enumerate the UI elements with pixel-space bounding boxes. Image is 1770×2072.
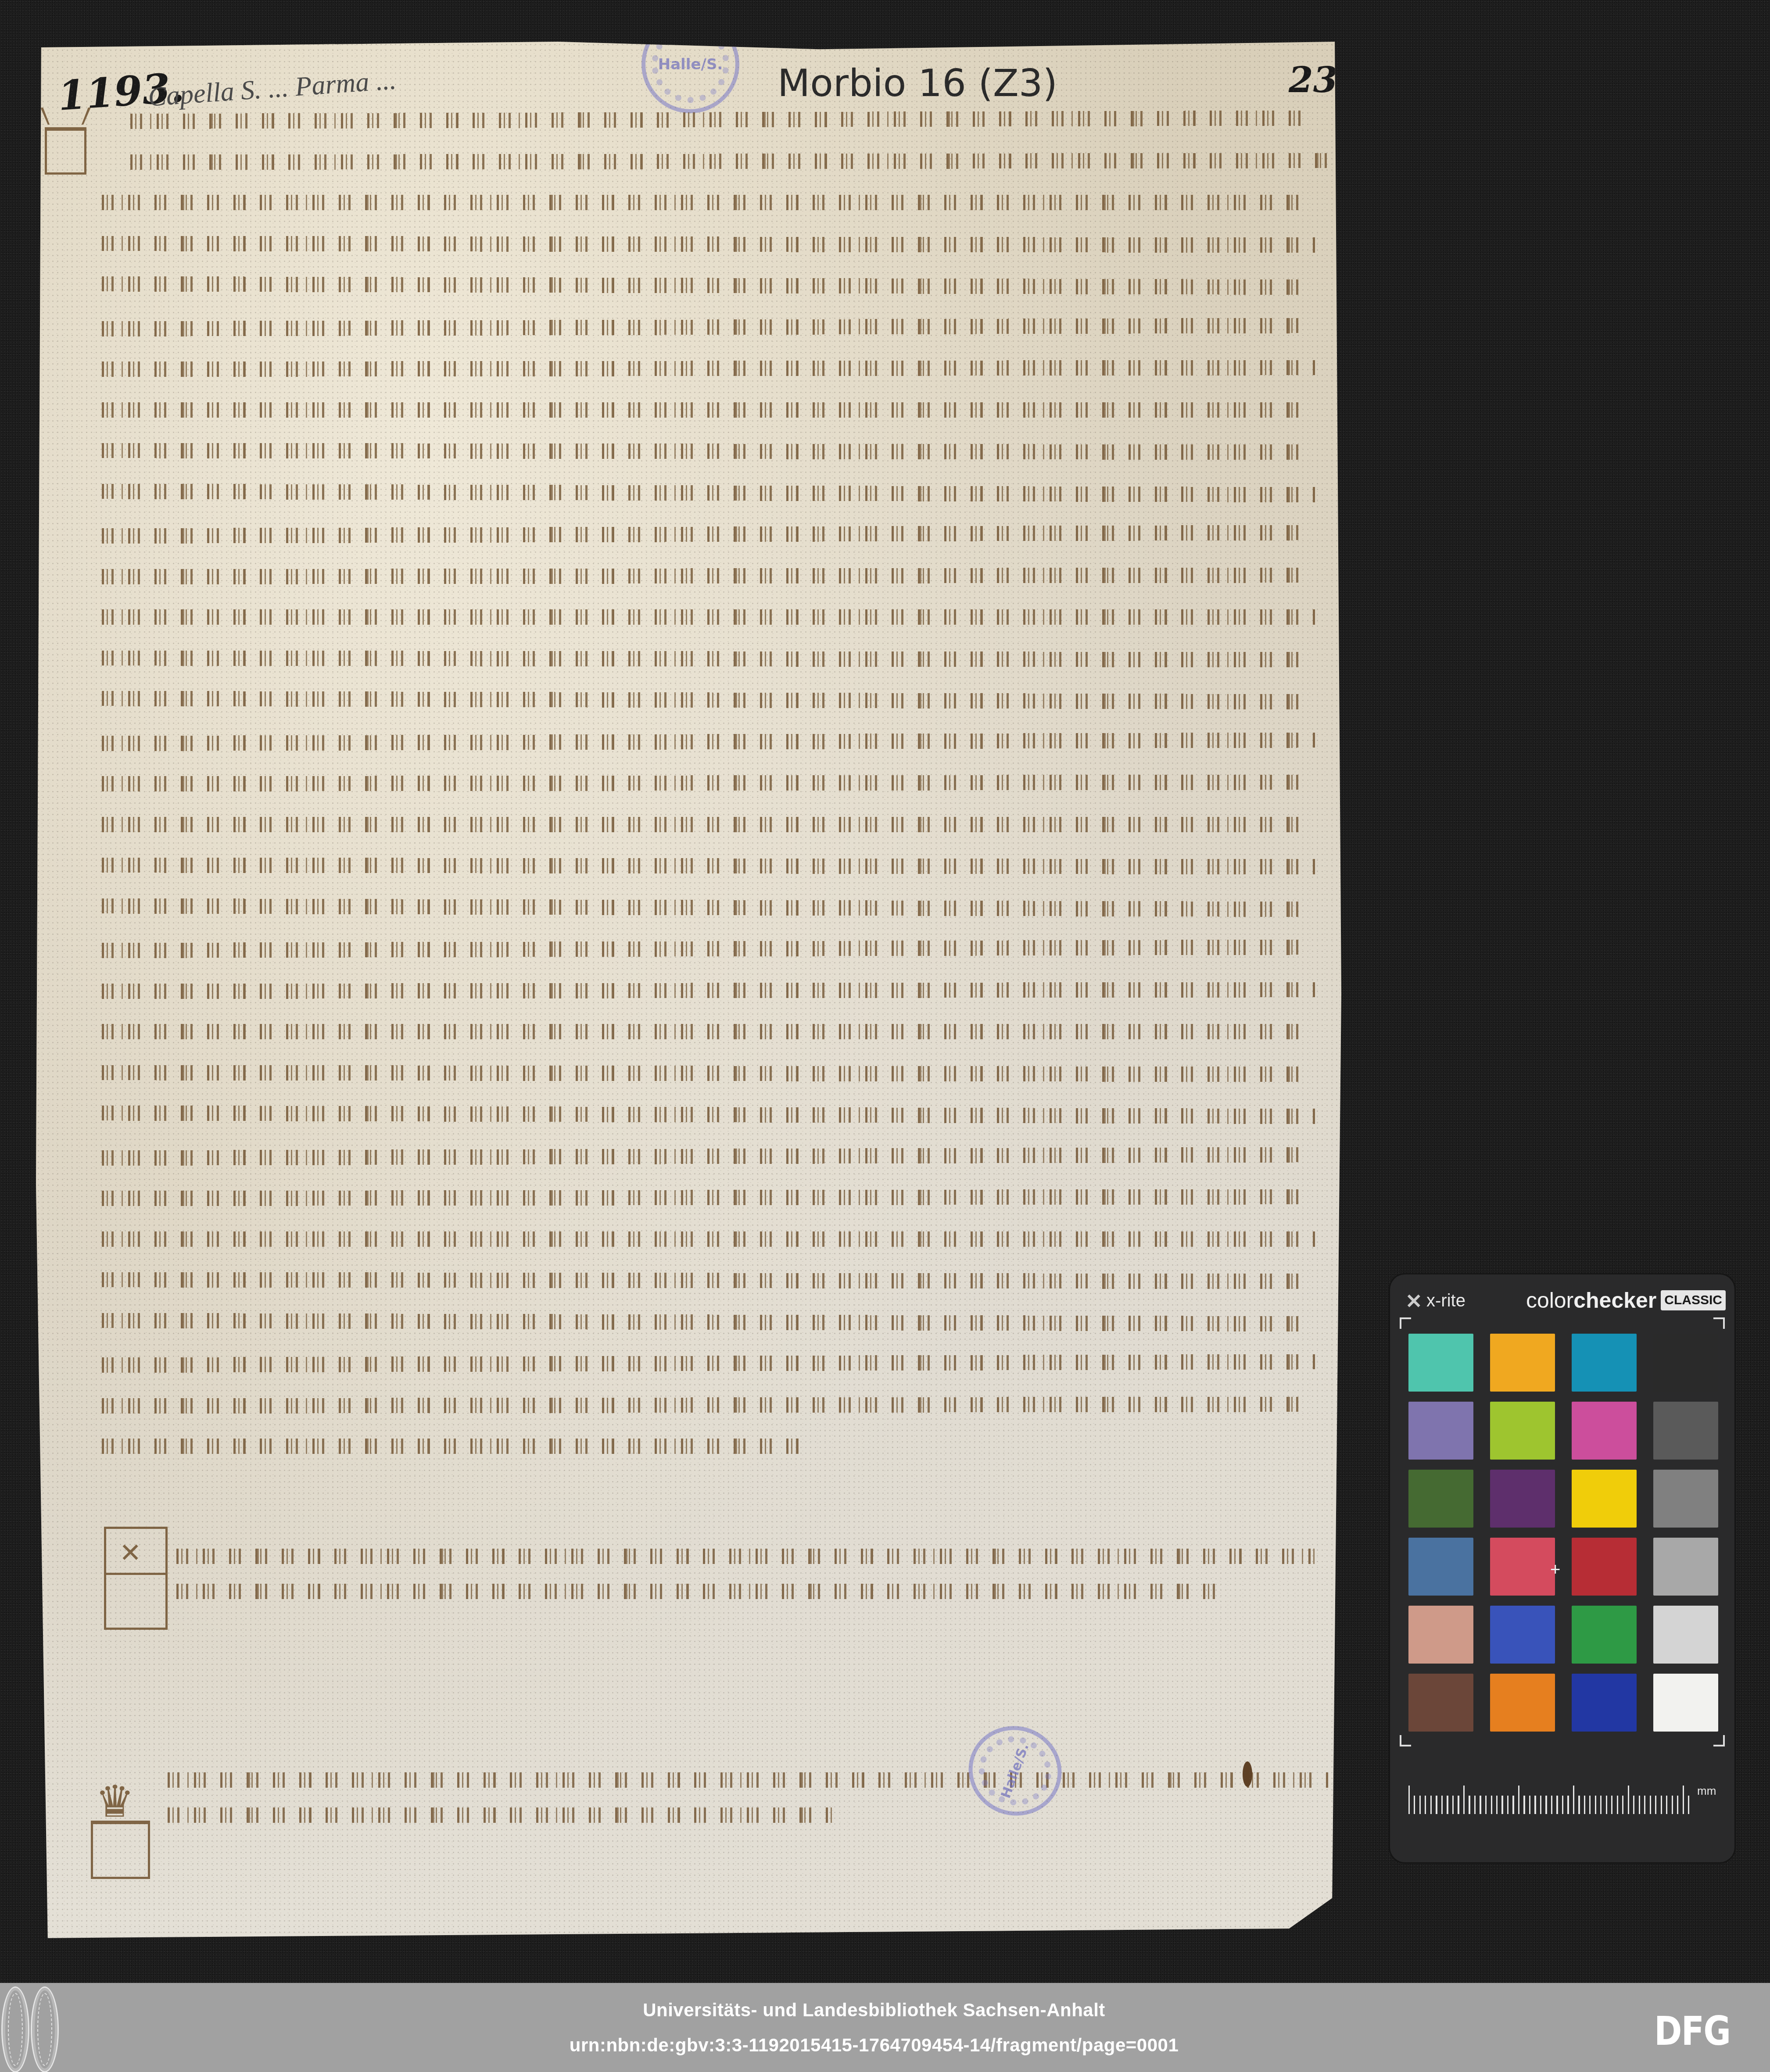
- manuscript-line: [102, 438, 1304, 465]
- manuscript-line: [102, 355, 1317, 383]
- colorchecker-card: x-rite colorchecker CLASSIC + mm: [1390, 1274, 1734, 1862]
- product-name-bold: checker: [1573, 1288, 1656, 1313]
- manuscript-line: [102, 190, 1304, 216]
- ruler-unit-label: mm: [1697, 1784, 1716, 1798]
- registration-corner-icon: [1400, 1317, 1411, 1329]
- library-footer: Universitäts- und Landesbibliothek Sachs…: [0, 1983, 1770, 2072]
- manuscript-line: [102, 686, 1304, 715]
- manuscript-text-body: [36, 42, 1341, 1946]
- manuscript-line: [102, 812, 1304, 838]
- xrite-logo: x-rite: [1405, 1291, 1465, 1311]
- color-patch: [1572, 1606, 1637, 1664]
- manuscript-line: [102, 1227, 1317, 1253]
- manuscript-line: [102, 1434, 813, 1460]
- manuscript-line: [102, 479, 1317, 508]
- manuscript-line: [102, 894, 1311, 923]
- crosshair-icon: +: [1550, 1561, 1560, 1578]
- manuscript-line: [102, 1101, 1317, 1130]
- manuscript-line: [102, 728, 1317, 757]
- notarial-signum-crown-icon: [91, 1821, 150, 1879]
- manuscript-line: [102, 231, 1317, 258]
- stamp-text: Halle/S.: [998, 1741, 1032, 1800]
- color-patch: [1653, 1334, 1718, 1392]
- color-patch: [1653, 1538, 1718, 1596]
- notarial-signum-icon: [104, 1527, 168, 1630]
- manuscript-line: [102, 1392, 1311, 1419]
- color-patch: [1653, 1606, 1718, 1664]
- color-patch: [1408, 1674, 1473, 1732]
- color-patch: [1572, 1402, 1637, 1460]
- classic-badge: CLASSIC: [1661, 1290, 1726, 1310]
- xrite-mark-icon: [1405, 1293, 1422, 1310]
- manuscript-line: [102, 853, 1317, 880]
- mm-ruler-major-ticks: [1408, 1786, 1694, 1814]
- color-patch-grid: [1408, 1334, 1716, 1739]
- manuscript-line: [102, 1185, 1304, 1212]
- manuscript-line: [102, 977, 1317, 1005]
- ink-stain: [1243, 1761, 1252, 1787]
- dfg-logo: DFG: [1654, 2008, 1730, 2054]
- manuscript-line: [102, 605, 1317, 630]
- color-patch: [1490, 1470, 1555, 1528]
- manuscript-line: [102, 1060, 1304, 1088]
- color-patch: [1653, 1402, 1718, 1460]
- manuscript-line: [130, 148, 1339, 175]
- color-patch: [1490, 1538, 1555, 1596]
- color-patch: [1653, 1674, 1718, 1732]
- brand-label: x-rite: [1426, 1291, 1465, 1311]
- manuscript-line: [102, 272, 1311, 301]
- color-patch: [1490, 1606, 1555, 1664]
- manuscript-line: [102, 563, 1304, 590]
- manuscript-line: [102, 646, 1311, 673]
- manuscript-line: [130, 106, 1315, 135]
- color-patch: [1572, 1470, 1637, 1528]
- manuscript-line: [102, 1142, 1311, 1171]
- urn-link[interactable]: urn:nbn:de:gbv:3:3-1192015415-1764709454…: [0, 2035, 1759, 2056]
- manuscript-line: [102, 1308, 1304, 1337]
- color-patch: [1653, 1470, 1718, 1528]
- parchment-page: 1193. Capella S. ... Parma ... Morbio 16…: [36, 42, 1341, 1946]
- color-patch: [1408, 1402, 1473, 1460]
- color-patch: [1490, 1334, 1555, 1392]
- subscription-line: [176, 1544, 1317, 1570]
- manuscript-line: [102, 313, 1304, 342]
- product-name: colorchecker CLASSIC: [1526, 1288, 1726, 1313]
- institution-name: Universitäts- und Landesbibliothek Sachs…: [0, 2000, 1759, 2021]
- color-patch: [1490, 1674, 1555, 1732]
- color-patch: [1408, 1538, 1473, 1596]
- manuscript-line: [102, 770, 1311, 797]
- manuscript-line: [102, 1267, 1311, 1295]
- registration-corner-icon: [1713, 1317, 1725, 1329]
- manuscript-line: [102, 398, 1311, 423]
- manuscript-line: [102, 520, 1311, 549]
- product-name-light: color: [1526, 1288, 1573, 1313]
- document-viewer: 1193. Capella S. ... Parma ... Morbio 16…: [0, 0, 1770, 1983]
- color-patch: [1408, 1334, 1473, 1392]
- color-patch: [1572, 1334, 1637, 1392]
- manuscript-line: [102, 935, 1304, 964]
- color-patch: [1490, 1402, 1555, 1460]
- manuscript-line: [102, 1349, 1317, 1378]
- subscription-line: [176, 1579, 1221, 1605]
- color-patch: [1408, 1606, 1473, 1664]
- color-patch: [1572, 1674, 1637, 1732]
- color-patch: [1408, 1470, 1473, 1528]
- manuscript-line: [102, 1020, 1311, 1045]
- color-patch: [1572, 1538, 1637, 1596]
- subscription-line: [168, 1803, 835, 1829]
- subscription-line: [168, 1768, 1330, 1793]
